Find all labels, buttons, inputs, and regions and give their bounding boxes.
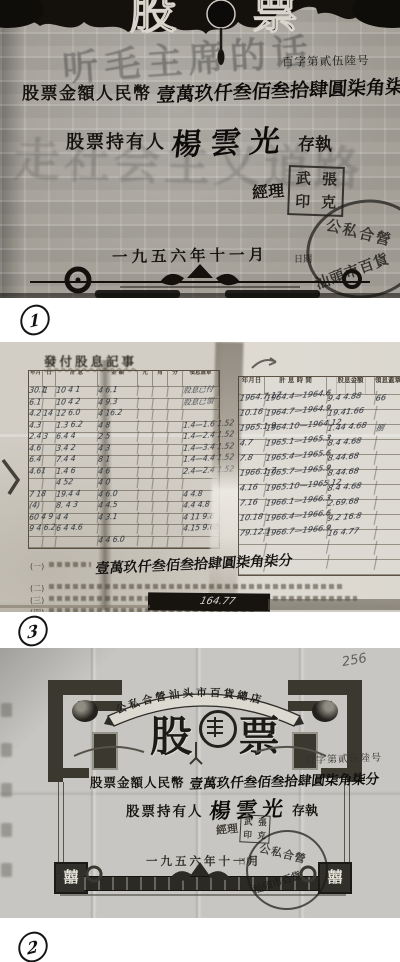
table-cell bbox=[152, 467, 168, 478]
table-cell bbox=[137, 409, 153, 420]
table-cell: 4.6 bbox=[28, 444, 43, 455]
figure-number: 3 bbox=[28, 620, 39, 642]
table-cell bbox=[152, 490, 168, 501]
table-cell: 捌 bbox=[374, 423, 400, 439]
table-cell bbox=[167, 467, 183, 478]
table-cell bbox=[167, 398, 183, 409]
margin-handwriting-mark bbox=[1, 743, 12, 757]
table-cell bbox=[152, 398, 168, 409]
amount-label: 股票金額人民幣 bbox=[22, 84, 152, 104]
table-header-cell: 計 息 bbox=[56, 371, 98, 386]
table-cell bbox=[374, 438, 400, 454]
table-header-cell: 日 bbox=[43, 371, 56, 386]
table-cell bbox=[374, 543, 400, 559]
holder-name: 楊雲光 bbox=[169, 116, 291, 164]
table-cell bbox=[326, 556, 378, 574]
table-cell bbox=[374, 513, 400, 529]
table-cell: 7 18 bbox=[28, 490, 43, 501]
amount-line: 股票金額人民幣 壹萬玖仟叁佰叁拾肆圓柒角柒分 bbox=[22, 76, 400, 104]
table-cell bbox=[137, 432, 153, 443]
table-cell bbox=[137, 478, 153, 489]
table-cell bbox=[137, 455, 153, 466]
amount-value-handwritten: 壹萬玖仟叁佰叁拾肆圓柒角柒分 bbox=[188, 768, 379, 793]
table-cell bbox=[137, 467, 153, 478]
arrow-scribble bbox=[248, 354, 288, 374]
table-header-cell: 分 bbox=[168, 371, 183, 386]
table-cell bbox=[152, 409, 168, 420]
table-header-cell: 年月 bbox=[29, 371, 43, 386]
table-cell bbox=[374, 468, 400, 484]
blurred-print bbox=[49, 562, 91, 567]
table-cell bbox=[152, 421, 168, 432]
figure-label-3: 3 bbox=[16, 612, 49, 649]
table-cell bbox=[137, 536, 153, 547]
table-cell: 60 4 9 bbox=[28, 513, 43, 524]
frame-left-line bbox=[58, 782, 64, 866]
table-cell bbox=[152, 432, 168, 443]
dividend-table-right: 年月日計 息 時 間股息金額領息蓋章人1964.7.171964.4—1964.… bbox=[238, 376, 400, 576]
table-cell: 1966.1.7 bbox=[238, 468, 267, 484]
check-mark-scribble bbox=[0, 450, 30, 510]
title-flourish bbox=[70, 740, 330, 766]
double-happiness-glyph: 囍 bbox=[63, 868, 78, 886]
table-cell: 3.4 2 bbox=[55, 442, 99, 455]
table-cell: 6.1 bbox=[28, 398, 43, 409]
strip-scribble: 164.77 bbox=[199, 596, 237, 607]
table-cell bbox=[152, 444, 168, 455]
photo-certificate-back: 發付股息記事 年月日計 息金 額元角分領息蓋章30.1110 4 14 6.1股… bbox=[0, 342, 400, 612]
note-line-1: (一) 壹萬玖仟叁佰叁拾肆圓柒角柒分 bbox=[30, 554, 292, 574]
table-cell: 79.12.1 bbox=[238, 528, 267, 544]
retain-label: 存執 bbox=[298, 130, 332, 155]
table-cell bbox=[152, 501, 168, 512]
seal-char: 印 bbox=[240, 828, 255, 842]
table-cell bbox=[152, 524, 168, 535]
margin-handwriting-mark bbox=[1, 823, 12, 837]
table-cell bbox=[374, 558, 400, 574]
table-cell bbox=[167, 386, 183, 397]
table-cell bbox=[152, 386, 168, 397]
serial-number: 百字第貳伍陸号 bbox=[282, 52, 370, 70]
figure-number: 2 bbox=[28, 936, 39, 958]
photo-edge-line bbox=[0, 605, 150, 608]
table-header-row: 年月日計 息金 額元角分領息蓋章 bbox=[29, 371, 219, 387]
table-cell: 4 52 bbox=[55, 477, 99, 490]
amount-value-handwritten: 壹萬玖仟叁佰叁拾肆圓柒角柒分 bbox=[155, 71, 400, 107]
figure-number: 1 bbox=[30, 309, 41, 331]
margin-handwriting-mark bbox=[1, 863, 12, 877]
table-cell bbox=[374, 408, 400, 424]
table-cell: 66 bbox=[374, 393, 400, 409]
table-cell bbox=[374, 498, 400, 514]
table-cell bbox=[167, 478, 183, 489]
frame-right-line bbox=[344, 782, 350, 866]
table-cell bbox=[137, 421, 153, 432]
table-cell: 4.7 bbox=[238, 438, 267, 454]
manager-label: 經理 bbox=[215, 820, 239, 838]
table-cell: 10 4 1 bbox=[55, 385, 99, 398]
table-cell bbox=[167, 513, 183, 524]
table-cell bbox=[167, 409, 183, 420]
holder-label: 股票持有人 bbox=[126, 800, 204, 820]
stamp-text-top: 公私合營 bbox=[258, 840, 308, 867]
manager-label: 經理 bbox=[251, 178, 285, 203]
table-cell bbox=[167, 444, 183, 455]
stamp-text-top: 公私合營 bbox=[324, 214, 395, 251]
photo-edge-dark-strip: 164.77 bbox=[148, 592, 270, 611]
table-cell: 4.3 bbox=[28, 421, 43, 432]
back-table-title: 發付股息記事 bbox=[44, 352, 137, 370]
bottom-center-ornament bbox=[150, 860, 250, 888]
note-marker: (四) bbox=[30, 608, 44, 612]
table-cell: 6 4 4.6 bbox=[55, 523, 99, 536]
table-cell bbox=[167, 524, 183, 535]
table-cell bbox=[137, 513, 153, 524]
amount-label: 股票金額人民幣 bbox=[90, 775, 185, 790]
amount-line: 股票金額人民幣 壹萬玖仟叁佰叁拾肆圓柒角柒分 bbox=[90, 770, 379, 791]
table-cell: 4.61 bbox=[28, 467, 43, 478]
table-header-cell: 元 bbox=[138, 371, 153, 386]
table-cell bbox=[167, 490, 183, 501]
table-cell bbox=[374, 453, 400, 469]
pencil-number: 256 bbox=[341, 651, 368, 670]
table-cell: 12 6.0 bbox=[55, 408, 99, 421]
table-cell bbox=[137, 386, 153, 397]
seal-char: 武 bbox=[241, 815, 256, 829]
seal-char: 張 bbox=[316, 168, 343, 192]
table-cell bbox=[55, 534, 99, 547]
figure-label-1: 1 bbox=[18, 301, 51, 338]
table-header-cell: 角 bbox=[153, 371, 168, 386]
lantern-emblem bbox=[207, 0, 235, 28]
margin-handwriting-mark bbox=[1, 703, 12, 717]
table-cell bbox=[137, 524, 153, 535]
amount-annotation: 壹萬玖仟叁佰叁拾肆圓柒角柒分 bbox=[95, 550, 294, 579]
table-cell: 4.16 bbox=[238, 483, 267, 499]
margin-handwriting-mark bbox=[1, 783, 12, 797]
note-marker: (一) bbox=[30, 562, 44, 571]
archive-page: 股 票 听毛主席的话 百字第貳伍陸号 股票金額人民幣 壹萬玖仟叁佰叁拾肆圓柒角柒… bbox=[0, 0, 400, 962]
table-cell bbox=[28, 536, 43, 547]
bottom-curl-left bbox=[84, 864, 106, 884]
table-cell bbox=[137, 444, 153, 455]
stamp-text-bottom: 汕頭市百貨 bbox=[251, 867, 303, 897]
ornate-bottom-border bbox=[0, 260, 400, 298]
seal-char: 張 bbox=[255, 816, 270, 830]
dividend-table-left: 年月日計 息金 額元角分領息蓋章30.1110 4 14 6.1股息已付6.11… bbox=[28, 370, 220, 549]
table-cell bbox=[374, 483, 400, 499]
table-cell bbox=[167, 455, 183, 466]
table-cell bbox=[137, 398, 153, 409]
table-cell: 7.4 4 bbox=[55, 454, 99, 467]
holder-label: 股票持有人 bbox=[66, 128, 166, 154]
retain-label: 存執 bbox=[292, 800, 318, 819]
photo-certificate-front-full: 256 公私合營汕头 bbox=[0, 648, 400, 918]
table-cell bbox=[152, 478, 168, 489]
table-cell bbox=[152, 455, 168, 466]
table-cell bbox=[167, 421, 183, 432]
table-cell: 1.3 6.2 bbox=[55, 419, 99, 432]
table-cell: 6.4 4 bbox=[55, 431, 99, 444]
table-cell bbox=[152, 536, 168, 547]
corner-box-left: 囍 bbox=[54, 862, 88, 894]
figure-label-2: 2 bbox=[16, 928, 49, 962]
table-cell bbox=[167, 536, 183, 547]
table-cell bbox=[167, 432, 183, 443]
photo-certificate-front-cropped: 股 票 听毛主席的话 百字第貳伍陸号 股票金額人民幣 壹萬玖仟叁佰叁拾肆圓柒角柒… bbox=[0, 0, 400, 298]
photo-edge-gray-strip bbox=[268, 599, 400, 610]
table-header-cell: 領息蓋章人 bbox=[375, 377, 400, 394]
table-cell bbox=[167, 501, 183, 512]
table-cell: 1.4 6 bbox=[55, 465, 99, 478]
double-happiness-glyph: 囍 bbox=[327, 868, 342, 886]
serial-number: 百字第貳伍陸号 bbox=[305, 749, 382, 767]
table-row: 4 4 6.0 bbox=[29, 537, 219, 549]
table-cell bbox=[374, 528, 400, 544]
table-cell bbox=[137, 501, 153, 512]
seal-char: 武 bbox=[290, 167, 317, 191]
table-cell bbox=[137, 490, 153, 501]
seal-char: 印 bbox=[289, 190, 316, 214]
table-cell bbox=[152, 513, 168, 524]
table-cell: 8. 4 3 bbox=[55, 500, 99, 513]
table-cell: 1965.1.9 bbox=[238, 423, 267, 439]
